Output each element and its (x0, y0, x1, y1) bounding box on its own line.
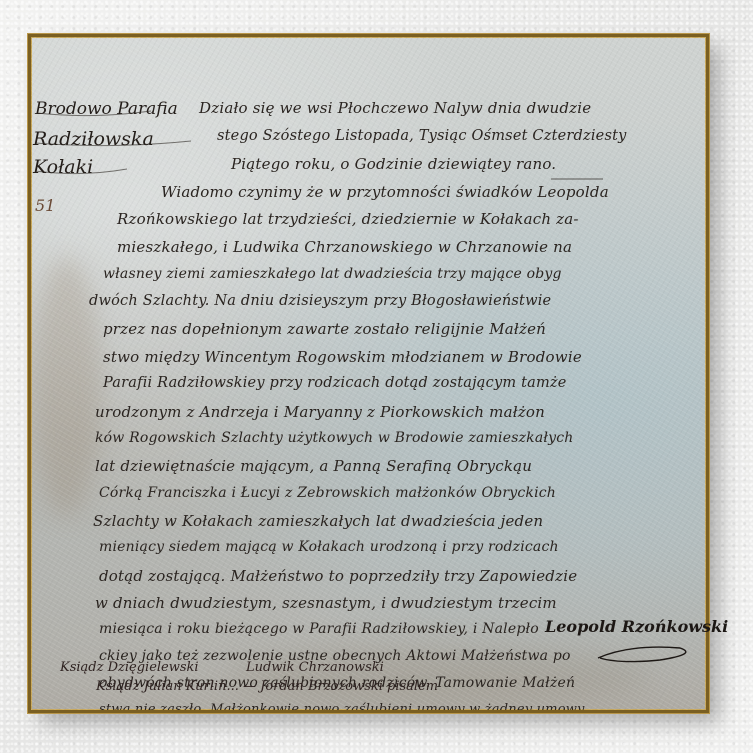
signature-priest: Ksiądz Dzięgielewski (60, 660, 199, 675)
body-line-8: dwóch Szlachty. Na dniu dzisieyszym przy… (89, 293, 551, 309)
body-line-12: urodzonym z Andrzeja i Maryanny z Piorko… (95, 403, 545, 421)
body-line-11: Parafii Radziłowskiey przy rodzicach dot… (103, 375, 567, 391)
body-line-5: Rzońkowskiego lat trzydzieści, dziedzier… (117, 210, 579, 228)
body-line-14: lat dziewiętnaście mającym, a Panną Sera… (95, 457, 532, 475)
entry-number: 51 (35, 196, 55, 215)
margin-village-name: Kołaki (33, 156, 93, 178)
body-line-1: Działo się we wsi Płochczewo Nalyw dnia … (199, 99, 591, 117)
body-line-19: w dniach dwudziestym, szesnastym, i dwud… (95, 594, 557, 612)
body-line-9: przez nas dopełnionym zawarte zostało re… (103, 320, 546, 338)
signature-witness-leopold: Leopold Rzońkowski (545, 617, 728, 636)
body-line-10: stwo między Wincentym Rogowskim młodzian… (103, 348, 582, 366)
body-line-3: Piątego roku, o Godzinie dziewiątey rano… (231, 155, 556, 173)
body-line-4: Wiadomo czynimy że w przytomności świadk… (161, 183, 609, 201)
body-line-23: stwa nie zaszło, Małżonkowie nowo zaślub… (99, 702, 585, 713)
body-line-7: własney ziemi zamieszkałego lat dwadzieś… (103, 266, 562, 282)
document-frame: Brodowo Parafia Radziłowska Kołaki 51 Dz… (28, 34, 709, 713)
body-line-17: mieniący siedem mającą w Kołakach urodzo… (99, 539, 559, 555)
margin-village-parish: Brodowo Parafia (35, 99, 178, 119)
manuscript-page: Brodowo Parafia Radziłowska Kołaki 51 Dz… (31, 37, 706, 710)
margin-parish-name: Radziłowska (33, 128, 154, 150)
body-line-16: Szlachty w Kołakach zamieszkałych lat dw… (93, 512, 543, 530)
signature-bottom-line: Ksiądz Julian Kurliń... — Jordan Brzozow… (96, 679, 438, 694)
body-line-20: miesiąca i roku bieżącego w Parafii Radz… (99, 621, 539, 637)
body-line-2: stego Szóstego Listopada, Tysiąc Ośmset … (217, 128, 627, 144)
body-line-15: Córką Franciszka i Łucyi z Zebrowskich m… (99, 485, 556, 501)
body-line-13: ków Rogowskich Szlachty użytkowych w Bro… (95, 430, 574, 446)
body-line-18: dotąd zostającą. Małżeństwo to poprzedzi… (99, 567, 577, 585)
signature-witness-ludwik: Ludwik Chrzanowski (246, 660, 384, 675)
body-line-6: mieszkałego, i Ludwika Chrzanowskiego w … (117, 238, 572, 256)
